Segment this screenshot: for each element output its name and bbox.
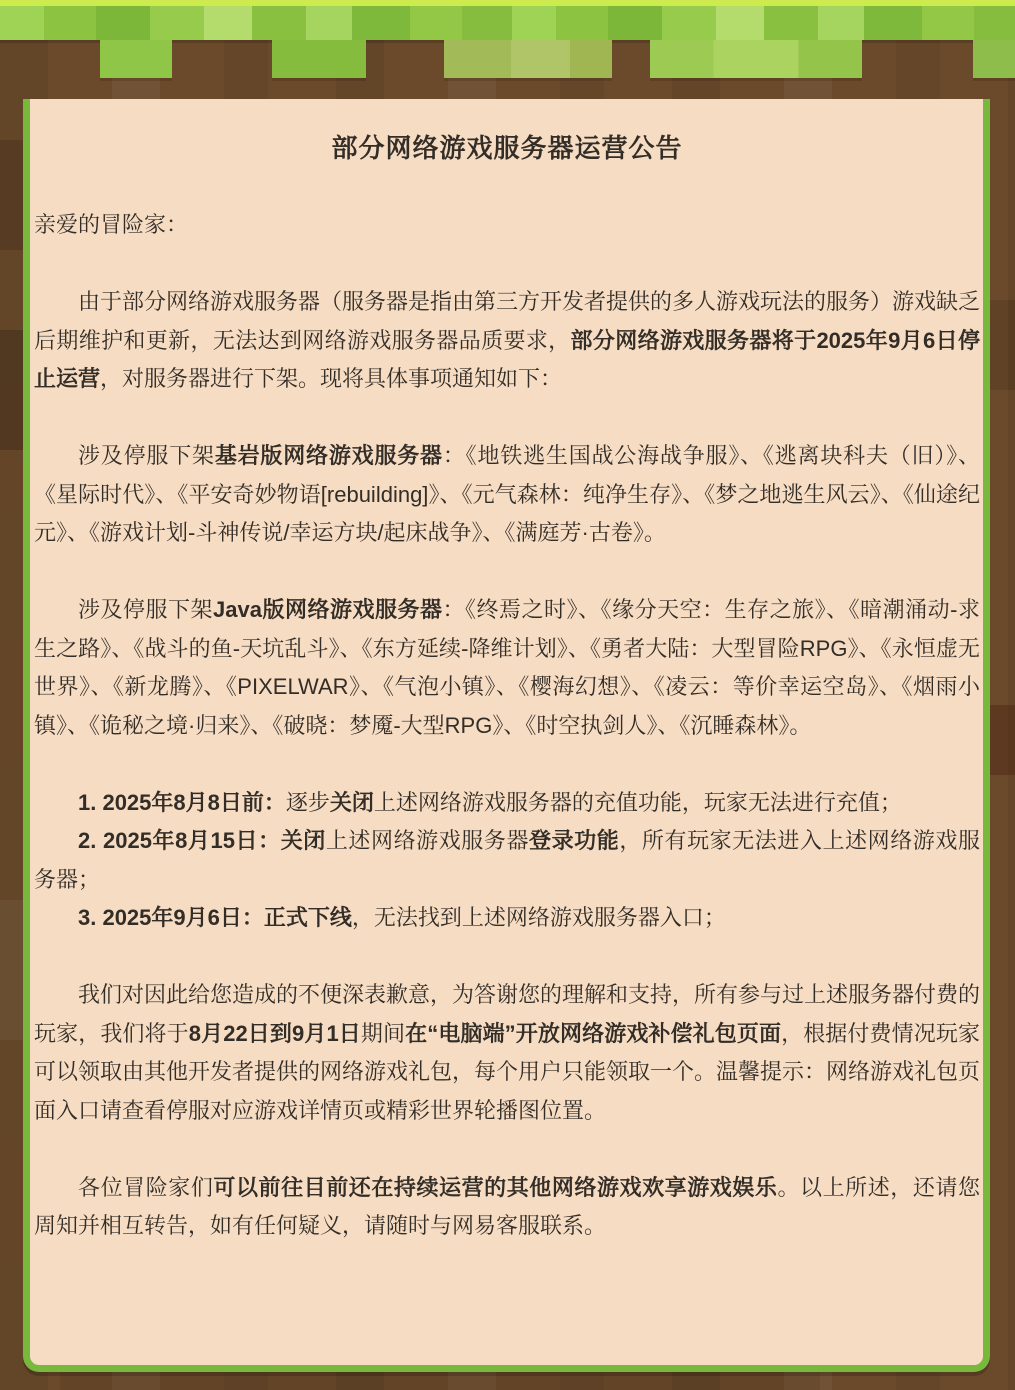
- dirt-patch: [60, 1372, 820, 1390]
- paragraph-java-servers: 涉及停服下架Java版网络游戏服务器：《终焉之时》、《缘分天空：生存之旅》、《暗…: [34, 591, 980, 745]
- announcement-title: 部分网络游戏服务器运营公告: [34, 129, 980, 168]
- minecraft-dirt-background: 部分网络游戏服务器运营公告 亲爱的冒险家： 由于部分网络游戏服务器（服务器是指由…: [0, 0, 1015, 1390]
- dirt-patch: [0, 140, 23, 250]
- dirt-patch: [0, 330, 23, 450]
- greeting: 亲爱的冒险家：: [34, 206, 980, 245]
- grass-block-texture: [0, 0, 1015, 40]
- paragraph-compensation: 我们对因此给您造成的不便深表歉意，为答谢您的理解和支持，所有参与过上述服务器付费…: [34, 976, 980, 1130]
- text-run: 可以前往目前还在持续运营的其他网络游戏欢享游戏娱乐: [213, 1175, 777, 1200]
- grass-tab: [100, 40, 172, 78]
- grass-tab: [444, 40, 612, 78]
- text-run: 登录功能: [529, 828, 619, 853]
- text-run: 各位冒险家们: [78, 1175, 213, 1200]
- text-run: ，无法找到上述网络游戏服务器入口；: [352, 905, 726, 930]
- schedule-item-3: 3. 2025年9月6日：正式下线，无法找到上述网络游戏服务器入口；: [34, 899, 980, 938]
- dirt-patch: [990, 705, 1015, 775]
- schedule-item-1: 1. 2025年8月8日前：逐步关闭上述网络游戏服务器的充值功能，玩家无法进行充…: [34, 784, 980, 823]
- text-run: 上述网络游戏服务器: [326, 828, 529, 853]
- paragraph-intro: 由于部分网络游戏服务器（服务器是指由第三方开发者提供的多人游戏玩法的服务）游戏缺…: [34, 283, 980, 399]
- text-run: 在“电脑端”开放网络游戏补偿礼包页面: [405, 1021, 781, 1046]
- announcement-content: 部分网络游戏服务器运营公告 亲爱的冒险家： 由于部分网络游戏服务器（服务器是指由…: [30, 99, 983, 1365]
- text-run: 逐步: [286, 790, 330, 815]
- grass-tab: [272, 40, 366, 78]
- dirt-patch: [990, 300, 1015, 390]
- dirt-patch: [0, 900, 23, 1040]
- text-run: 8月22日到9月1日: [189, 1021, 361, 1046]
- text-run: 期间: [361, 1021, 405, 1046]
- grass-tab: [650, 40, 862, 78]
- text-run: 关闭: [281, 828, 326, 853]
- schedule-item-2: 2. 2025年8月15日：关闭上述网络游戏服务器登录功能，所有玩家无法进入上述…: [34, 822, 980, 899]
- text-run: 基岩版网络游戏服务器: [215, 443, 443, 468]
- text-run: 关闭: [330, 790, 374, 815]
- paragraph-closing: 各位冒险家们可以前往目前还在持续运营的其他网络游戏欢享游戏娱乐。以上所述，还请您…: [34, 1169, 980, 1246]
- text-run: 涉及停服下架: [78, 443, 215, 468]
- paragraph-bedrock-servers: 涉及停服下架基岩版网络游戏服务器：《地铁逃生国战公海战争服》、《逃离块科夫（旧）…: [34, 437, 980, 553]
- text-run: 涉及停服下架: [78, 597, 213, 622]
- text-run: 正式下线: [264, 905, 352, 930]
- text-run: 2. 2025年8月15日：: [78, 828, 281, 853]
- text-run: 1. 2025年8月8日前：: [78, 790, 286, 815]
- announcement-panel: 部分网络游戏服务器运营公告 亲爱的冒险家： 由于部分网络游戏服务器（服务器是指由…: [23, 99, 990, 1372]
- text-run: Java版网络游戏服务器: [213, 597, 443, 622]
- text-run: ，对服务器进行下架。现将具体事项通知如下：: [100, 366, 562, 391]
- grass-tab: [973, 40, 1015, 78]
- text-run: 3. 2025年9月6日：: [78, 905, 264, 930]
- text-run: 上述网络游戏服务器的充值功能，玩家无法进行充值；: [374, 790, 902, 815]
